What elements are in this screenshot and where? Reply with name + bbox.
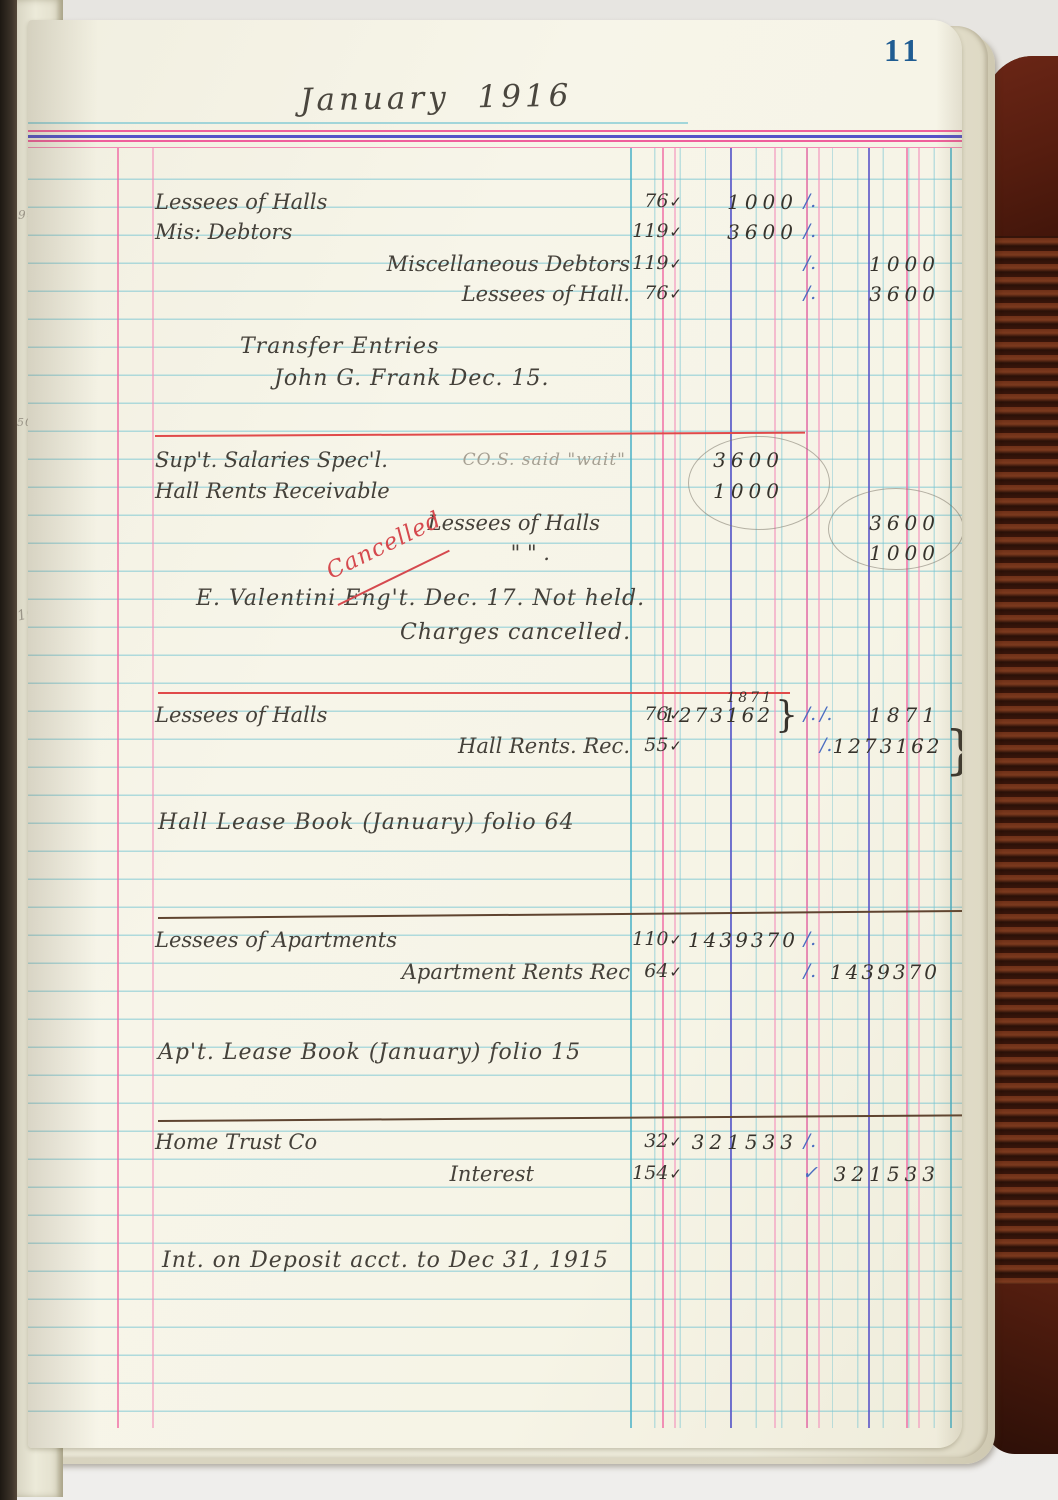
credit-amount: 1439370 [830,960,940,984]
header-band-pink [28,140,962,142]
folio-cell: 32✓ [630,1130,682,1152]
account-name: Hall Rents Receivable [155,479,390,503]
debit-cell: 1000 [682,479,800,503]
posting-mark: ✓ [802,1162,818,1184]
credit-cell: 1439370 [820,960,950,984]
debit-cell: 3600 [682,448,800,472]
account-name-cell: Interest [155,1162,630,1186]
check-mark: ✓ [669,963,682,981]
page-title: January 1916 [300,78,573,119]
posting-mark: /. [804,703,816,725]
folio-number: 32 [644,1130,668,1152]
folio-number: 76 [644,190,668,212]
journal-row: Sup't. Salaries Spec'l.CO.S. said "wait"… [155,448,950,480]
account-name-cell: Hall Rents. Rec. [155,734,630,758]
account-name: Lessees of Halls [155,190,327,214]
folio-number: 119 [632,252,668,274]
amount-column-grid [630,148,950,1428]
brace: } [775,703,798,729]
memo-line: Charges cancelled. [400,620,631,645]
posting-mark: /. [804,1130,816,1152]
check-mark: ✓ [669,255,682,273]
debit-amount: 1439370 [688,928,798,952]
credit-amount: 321533 [834,1162,940,1186]
posting-mark-cell: /. [800,220,820,242]
column-rule [818,148,820,1428]
memo-line: Hall Lease Book (January) folio 64 [158,810,575,835]
memo-line: Int. on Deposit acct. to Dec 31, 1915 [162,1248,609,1273]
title-underline-rule [28,122,688,124]
folio-number: 55 [644,734,668,756]
debit-cell: 3600 [682,220,800,244]
posting-mark: /. [804,960,816,982]
folio-cell: 76✓ [630,282,682,304]
memo-line: Ap't. Lease Book (January) folio 15 [158,1040,581,1065]
debit-cell: 18711273162} [682,703,800,729]
credit-cell: /.1273162} [820,734,950,768]
debit-amount: 1000 [727,190,798,214]
account-name-cell: Home Trust Co [155,1130,630,1154]
account-name-cell: Sup't. Salaries Spec'l.CO.S. said "wait" [155,448,630,472]
folio-number: 110 [632,928,668,950]
journal-row: Lessees of Halls 76✓ 18711273162} /. /.1… [155,703,950,735]
posting-mark-cell: /. [800,190,820,212]
posting-mark: /. [804,928,816,950]
folio-number: 64 [644,960,668,982]
folio-cell: 55✓ [630,734,682,756]
check-mark: ✓ [669,1133,682,1151]
column-rule [774,148,776,1428]
credit-amount: 1000 [869,541,940,565]
account-name-cell: Lessees of Hall. [155,282,630,306]
journal-row: Lessees of Halls 3600 [155,511,950,543]
header-band-pink-thin [28,147,962,148]
entry-separator-red [158,692,790,694]
check-mark: ✓ [669,737,682,755]
column-rule [906,148,908,1428]
ledger-photo: 9=. 5000. 1637 11 January 1916 Lessees o… [0,0,1058,1500]
check-mark: ✓ [669,1165,682,1183]
header-band-blue [28,135,962,138]
journal-row: Lessees of Hall. 76✓ /. 3600 [155,282,950,314]
posting-mark-cell: ✓ [800,1162,820,1184]
column-rule [806,148,808,1428]
header-band-pink [28,130,962,132]
debit-cell: 321533 [682,1130,800,1154]
journal-row: Interest 154✓ ✓ 321533 [155,1162,950,1194]
book-cover-smooth-top [985,56,1058,236]
credit-cell: /.1871 [820,703,950,727]
account-name: Lessees of Apartments [155,928,397,952]
credit-cell: 321533 [820,1162,950,1186]
account-name-cell: Hall Rents Receivable [155,479,630,503]
folio-cell: 76✓ [630,190,682,212]
posting-mark: /. [804,190,816,212]
account-name: Apartment Rents Rec [402,960,630,984]
posting-mark-cell: /. [800,960,820,982]
journal-row: Home Trust Co 32✓ 321533 /. [155,1130,950,1162]
account-name: Hall Rents. Rec. [458,734,630,758]
journal-row: Lessees of Halls 76✓ 1000 /. [155,190,950,222]
account-name-cell: Lessees of Halls [155,190,630,214]
page-number: 11 [884,32,922,69]
account-name-cell: Mis: Debtors [155,220,630,244]
posting-mark-cell: /. [800,928,820,950]
credit-amount: 1000 [869,252,940,276]
account-name: Mis: Debtors [155,220,292,244]
column-rule [918,148,920,1428]
credit-amount: 1273162 [832,734,942,758]
credit-amount: 3600 [869,511,940,535]
credit-cell: 1000 [820,252,950,276]
folio-column-rule [630,148,632,1428]
account-name-cell: Lessees of Apartments [155,928,630,952]
posting-mark: /. [820,734,832,756]
credit-amount: 1871 [869,703,940,727]
folio-number: 154 [632,1162,668,1184]
check-mark: ✓ [669,223,682,241]
margin-rule [152,148,154,1428]
account-name: Lessees of Hall. [462,282,630,306]
account-name-cell: Miscellaneous Debtors [155,252,630,276]
account-name: Lessees of Halls [428,511,600,535]
page-right-rule [950,148,952,1428]
ditto-marks: " " . [511,541,550,565]
account-name: Miscellaneous Debtors [387,252,630,276]
check-mark: ✓ [669,193,682,211]
folio-cell: 119✓ [630,220,682,242]
memo-line: E. Valentini Eng't. Dec. 17. Not held. [196,586,645,611]
check-mark: ✓ [669,285,682,303]
pencil-note: CO.S. said "wait" [463,450,626,470]
column-rule [868,148,870,1428]
brace: } [945,734,962,768]
column-rule [730,148,732,1428]
folio-cell: 154✓ [630,1162,682,1184]
posting-mark-cell: /. [800,703,820,725]
account-name-cell: Apartment Rents Rec [155,960,630,984]
debit-amount: 1273162 [663,703,773,727]
margin-rule [117,148,119,1428]
posting-mark: /. [804,252,816,274]
book-cover-smooth-bottom [985,1284,1058,1454]
posting-mark: /. [820,703,832,725]
folio-cell: 119✓ [630,252,682,274]
posting-mark: /. [804,282,816,304]
posting-mark: /. [804,220,816,242]
memo-line: John G. Frank Dec. 15. [274,366,550,391]
credit-amount: 3600 [869,282,940,306]
debit-amount: 3600 [727,220,798,244]
journal-row: " " . 1000 [155,541,950,573]
account-name: Home Trust Co [155,1130,317,1154]
column-rule [662,148,664,1428]
book-cover [985,56,1058,1454]
debit-amount: 3600 [713,448,798,472]
journal-row: Hall Rents Receivable 1000 [155,479,950,511]
journal-row: Hall Rents. Rec. 55✓ /.1273162} [155,734,950,766]
journal-row: Mis: Debtors 119✓ 3600 /. [155,220,950,252]
debit-amount: 1000 [713,479,798,503]
check-mark: ✓ [669,931,682,949]
column-rule [674,148,676,1428]
credit-cell: 3600 [820,511,950,535]
account-name: Interest [450,1162,534,1186]
folio-number: 119 [632,220,668,242]
folio-number: 76 [644,282,668,304]
account-name-cell: Lessees of Halls [155,703,630,727]
credit-cell: 1000 [820,541,950,565]
journal-row: Lessees of Apartments 110✓ 1439370 /. [155,928,950,960]
account-name: Sup't. Salaries Spec'l. [155,448,388,472]
journal-row: Miscellaneous Debtors 119✓ /. 1000 [155,252,950,284]
binding-shadow [0,0,17,1500]
posting-mark-cell: /. [800,1130,820,1152]
posting-mark-cell: /. [800,282,820,304]
debit-correction: 1871 [726,690,774,706]
debit-cell: 1439370 [682,928,800,952]
credit-cell: 3600 [820,282,950,306]
ledger-page: 11 January 1916 Lessees of Halls 76✓ 100… [28,20,962,1448]
journal-row: Apartment Rents Rec 64✓ /. 1439370 [155,960,950,992]
debit-amount: 321533 [692,1130,798,1154]
folio-cell: 64✓ [630,960,682,982]
debit-cell: 1000 [682,190,800,214]
memo-line: Transfer Entries [240,334,439,359]
posting-mark-cell: /. [800,252,820,274]
account-name: Lessees of Halls [155,703,327,727]
folio-cell: 110✓ [630,928,682,950]
